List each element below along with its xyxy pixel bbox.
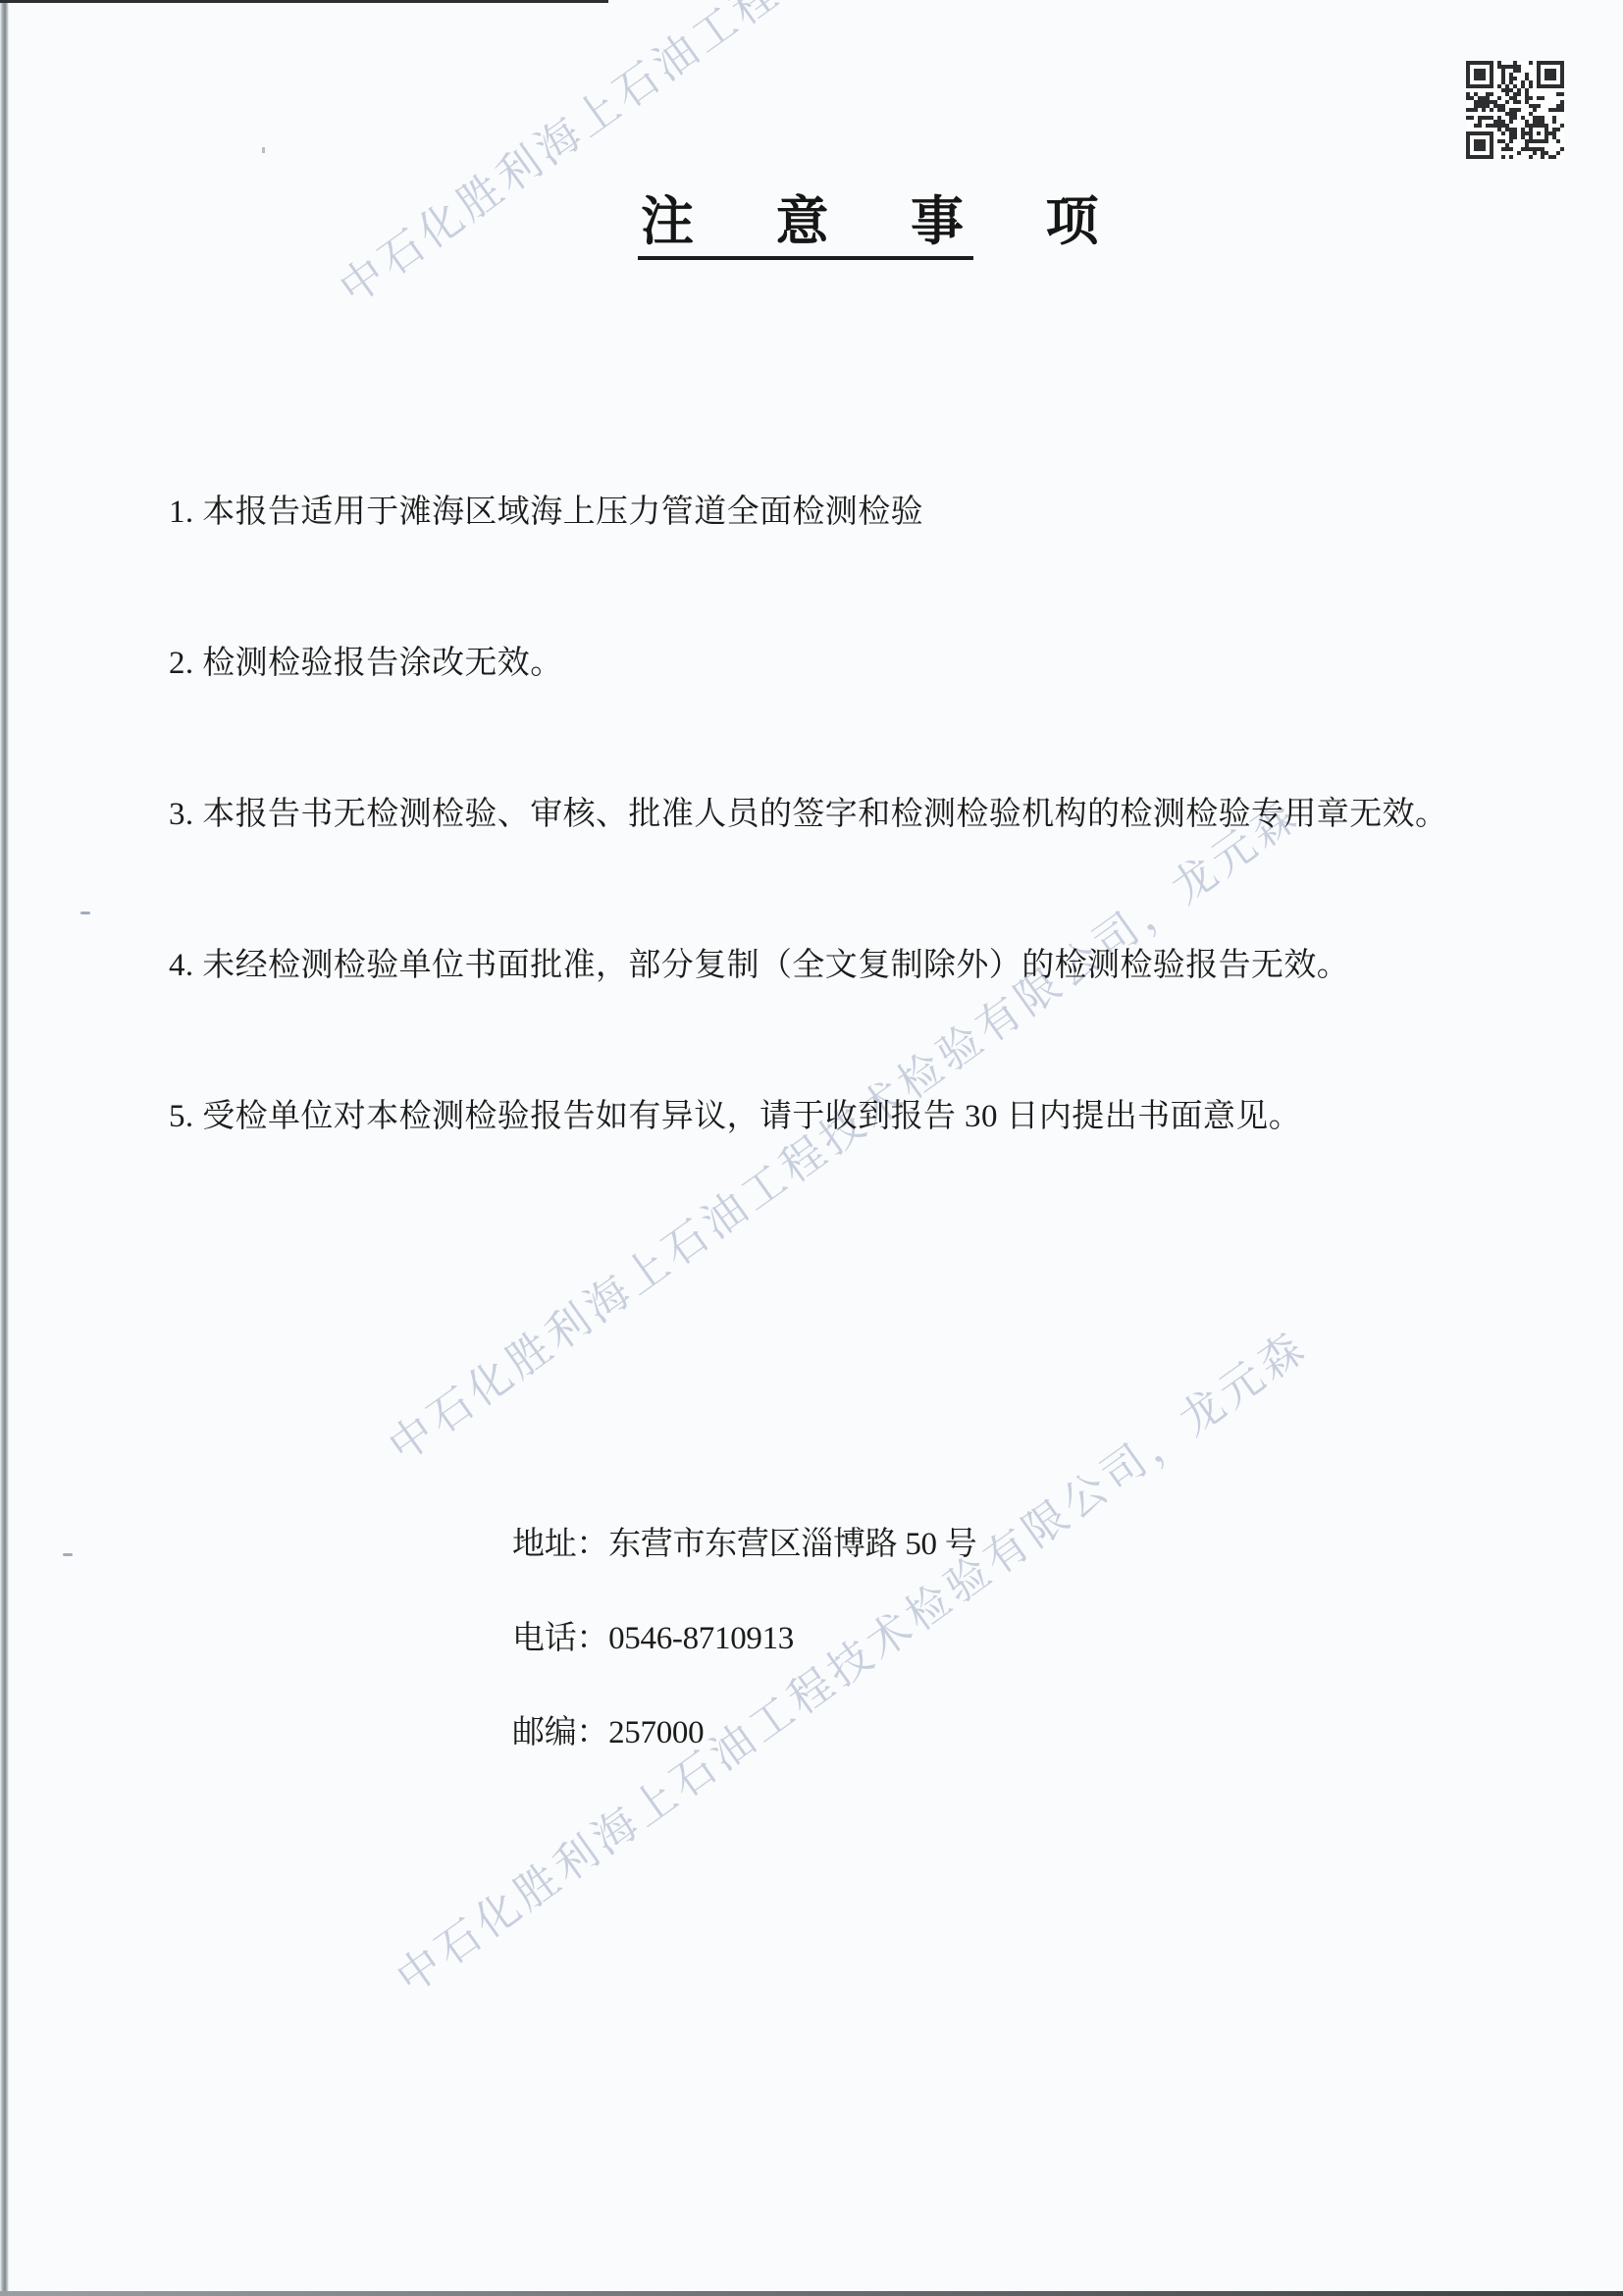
scan-edge-bottom-line	[0, 2291, 1623, 2296]
note-item-4: 4. 未经检测检验单位书面批准，部分复制（全文复制除外）的检测检验报告无效。	[169, 946, 1349, 985]
phone-value: 0546-8710913	[608, 1621, 794, 1656]
note-item-2: 2. 检测检验报告涂改无效。	[169, 644, 563, 683]
note-item-1: 1. 本报告适用于滩海区域海上压力管道全面检测检验	[169, 493, 923, 532]
address-line: 地址：东营市东营区淄博路 50 号	[512, 1525, 976, 1564]
postcode-line: 邮编：257000	[512, 1713, 704, 1752]
company-watermark: 中石化胜利海上石油工程技术检验有限公司，龙元森	[390, 1325, 1315, 2002]
scan-dash-mark	[80, 912, 90, 914]
document-page: 中石化胜利海上石油工程技术检验有限公司，龙元森 中石化胜利海上石油工程技术检验有…	[0, 0, 1623, 2296]
note-item-3: 3. 本报告书无检测检验、审核、批准人员的签字和检测检验机构的检测检验专用章无效…	[169, 795, 1447, 834]
address-value: 东营市东营区淄博路 50 号	[608, 1527, 976, 1562]
postcode-value: 257000	[608, 1715, 704, 1750]
company-watermark: 中石化胜利海上石油工程技术检验有限公司，龙元森	[333, 0, 1258, 312]
address-label: 地址：	[512, 1527, 608, 1562]
title-underline	[638, 256, 973, 260]
page-title: 注 意 事 项	[641, 195, 1133, 248]
scan-speck	[262, 147, 265, 153]
scan-edge-top-line	[0, 0, 608, 3]
scan-dash-mark	[63, 1553, 73, 1556]
phone-label: 电话：	[512, 1621, 608, 1656]
note-item-5: 5. 受检单位对本检测检验报告如有异议，请于收到报告 30 日内提出书面意见。	[169, 1097, 1301, 1136]
qr-code-icon	[1466, 61, 1564, 159]
scan-edge-left-line	[0, 0, 9, 2296]
postcode-label: 邮编：	[512, 1715, 608, 1750]
phone-line: 电话：0546-8710913	[512, 1619, 794, 1658]
